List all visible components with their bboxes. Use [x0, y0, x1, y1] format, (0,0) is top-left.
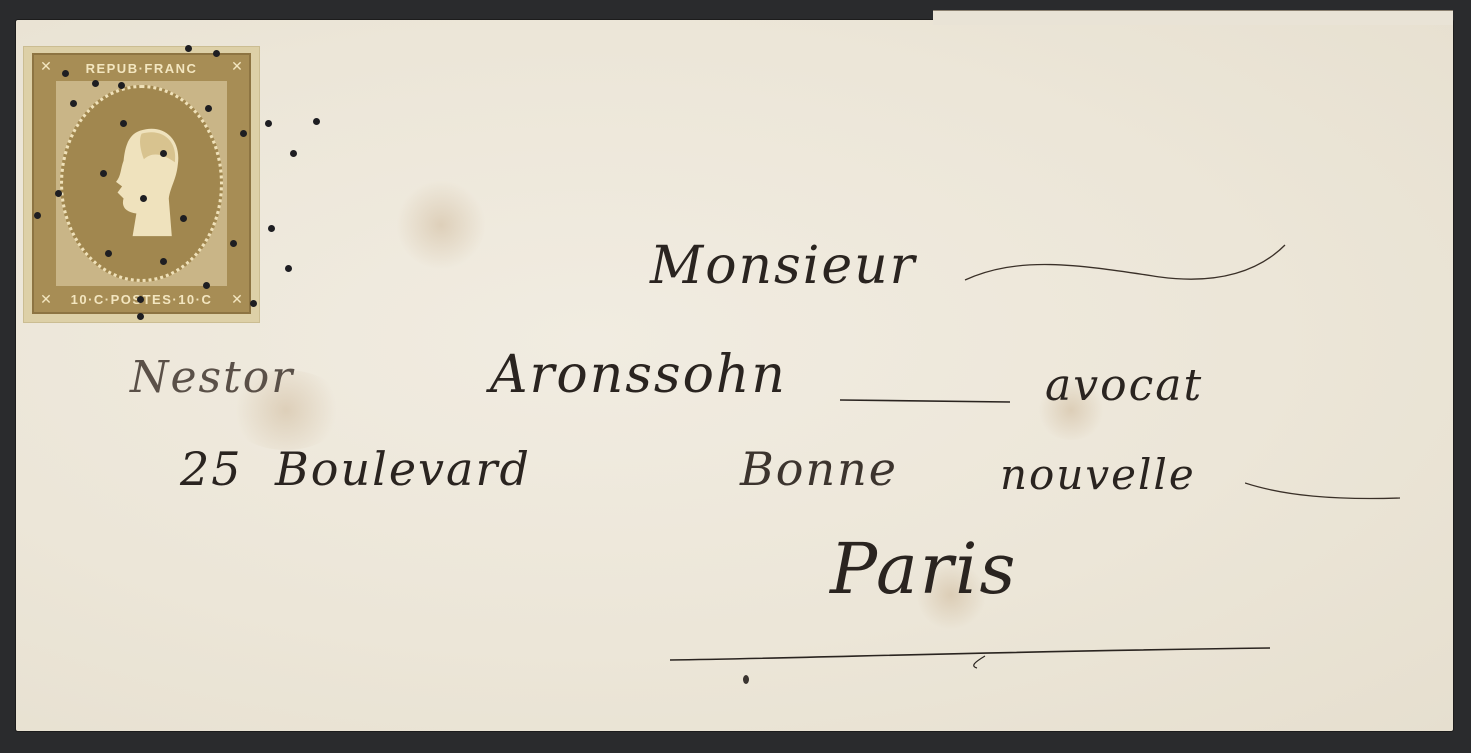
envelope-flap-edge — [933, 10, 1453, 25]
cancel-dot — [268, 225, 275, 232]
cancel-dot — [285, 265, 292, 272]
cancel-dot — [180, 215, 187, 222]
cancel-dot — [160, 150, 167, 157]
address-street-name-1: Bonne — [740, 442, 898, 496]
address-salutation: Monsieur — [650, 236, 916, 296]
cancel-dot — [118, 82, 125, 89]
address-first-name: Nestor — [130, 352, 294, 403]
address-street: Boulevard — [275, 442, 531, 496]
surname-underline-icon — [840, 390, 1010, 410]
stamp-inner-panel — [56, 81, 227, 286]
cancel-dot — [70, 100, 77, 107]
cancel-dot — [265, 120, 272, 127]
address-street-name-2: nouvelle — [1000, 450, 1196, 499]
address-street-number: 25 — [180, 442, 243, 496]
cancel-dot — [203, 282, 210, 289]
stamp-medallion — [60, 85, 223, 282]
cancel-dot — [240, 130, 247, 137]
cancel-dot — [137, 296, 144, 303]
postage-stamp: ✕ ✕ ✕ ✕ REPUB·FRANC 10·C·POSTES·10·C — [24, 47, 259, 322]
cancel-dot — [34, 212, 41, 219]
cancel-dot — [92, 80, 99, 87]
cancel-dot — [250, 300, 257, 307]
cancel-dot — [205, 105, 212, 112]
cancel-dot — [55, 190, 62, 197]
cancel-dot — [313, 118, 320, 125]
salutation-flourish-icon — [960, 235, 1300, 295]
address-surname: Aronssohn — [490, 345, 787, 405]
cancel-dot — [100, 170, 107, 177]
street-flourish-icon — [1245, 478, 1405, 508]
city-underline-icon — [665, 640, 1275, 680]
cancel-dot — [120, 120, 127, 127]
cancel-dot — [137, 313, 144, 320]
cancel-dot — [230, 240, 237, 247]
cancel-dot — [105, 250, 112, 257]
cancel-dot — [140, 195, 147, 202]
cancel-dot — [213, 50, 220, 57]
stain — [396, 180, 486, 270]
cancel-dot — [62, 70, 69, 77]
profile-portrait-icon — [110, 107, 185, 260]
cancel-dot — [290, 150, 297, 157]
cancel-dot — [160, 258, 167, 265]
address-profession: avocat — [1045, 360, 1203, 411]
stamp-frame: ✕ ✕ ✕ ✕ REPUB·FRANC 10·C·POSTES·10·C — [32, 53, 251, 314]
cancel-dot — [185, 45, 192, 52]
ink-dot — [743, 675, 749, 684]
address-city: Paris — [830, 528, 1017, 610]
